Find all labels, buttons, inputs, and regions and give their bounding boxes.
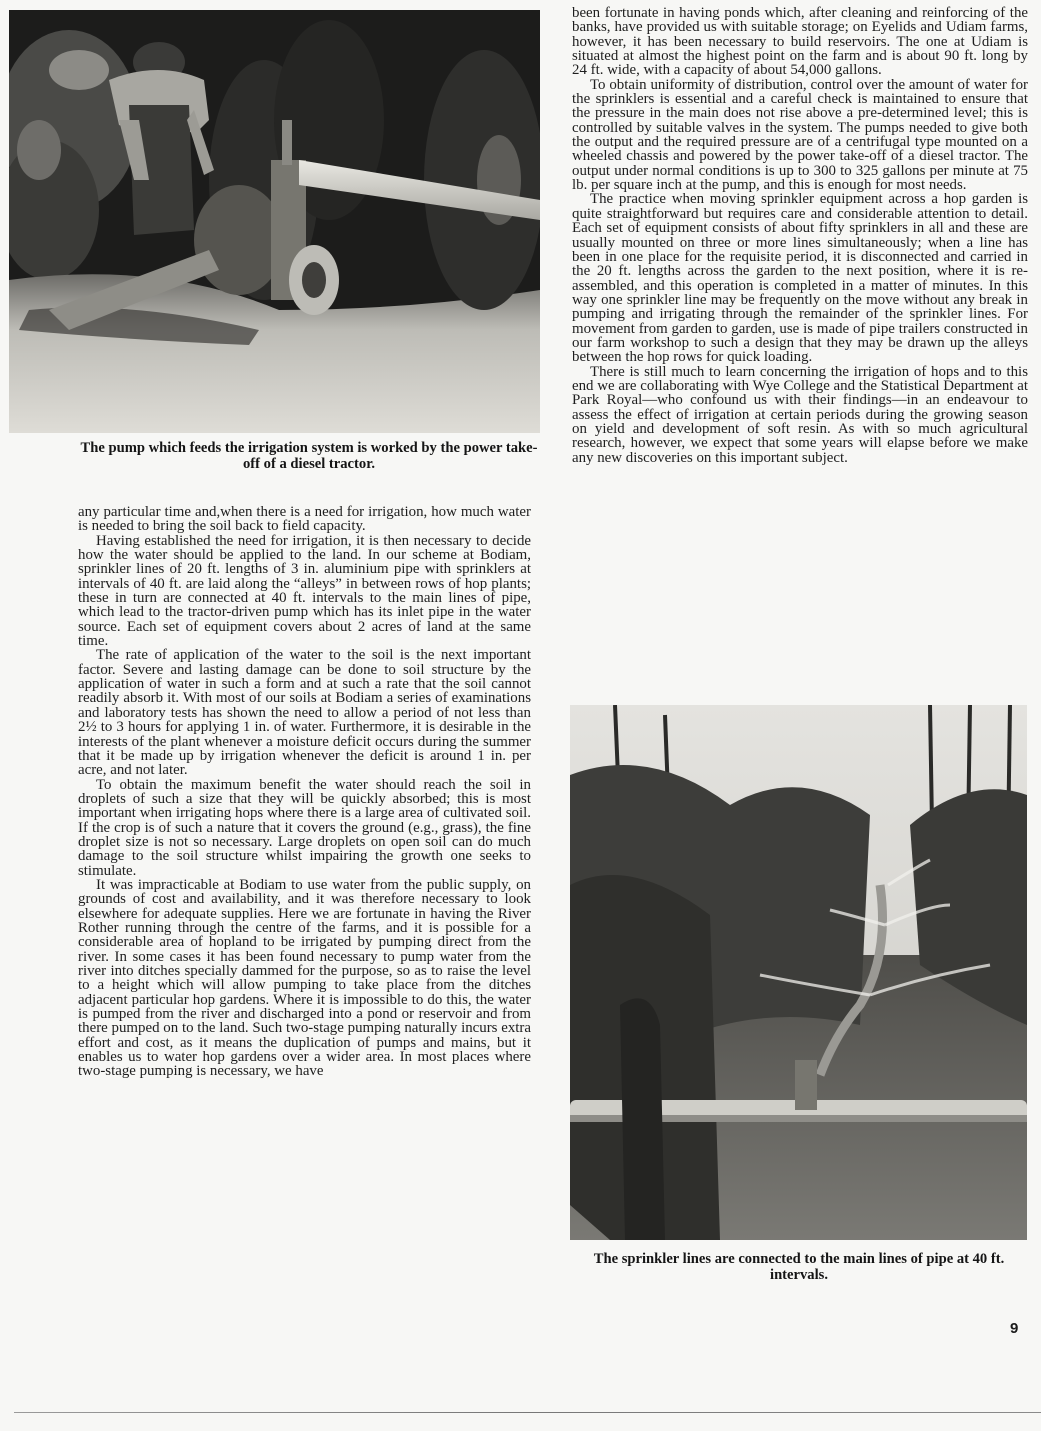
right-text-column: been fortunate in having ponds which, af… [572,6,1028,465]
left-paragraph-4: To obtain the maximum benefit the water … [78,778,531,878]
left-paragraph-5: It was impracticable at Bodiam to use wa… [78,878,531,1079]
left-text-column: any particular time and,when there is a … [78,505,531,1079]
photo-bottom-caption: The sprinkler lines are connected to the… [568,1251,1030,1283]
photo-top-caption: The pump which feeds the irrigation syst… [78,440,540,472]
photo-pump-tractor [9,10,540,433]
photo-hop-sprinklers [570,705,1027,1240]
right-paragraph-4: There is still much to learn concerning … [572,365,1028,465]
right-paragraph-1: been fortunate in having ponds which, af… [572,6,1028,78]
right-paragraph-2: To obtain uniformity of distribution, co… [572,78,1028,193]
page-number: 9 [1010,1320,1018,1337]
left-paragraph-1: any particular time and,when there is a … [78,505,531,534]
left-paragraph-2: Having established the need for irrigati… [78,534,531,649]
pump-tractor-illustration [9,10,540,433]
page-bottom-edge [14,1412,1041,1413]
hop-sprinkler-illustration [570,705,1027,1240]
left-paragraph-3: The rate of application of the water to … [78,648,531,777]
right-paragraph-3: The practice when moving sprinkler equip… [572,192,1028,364]
